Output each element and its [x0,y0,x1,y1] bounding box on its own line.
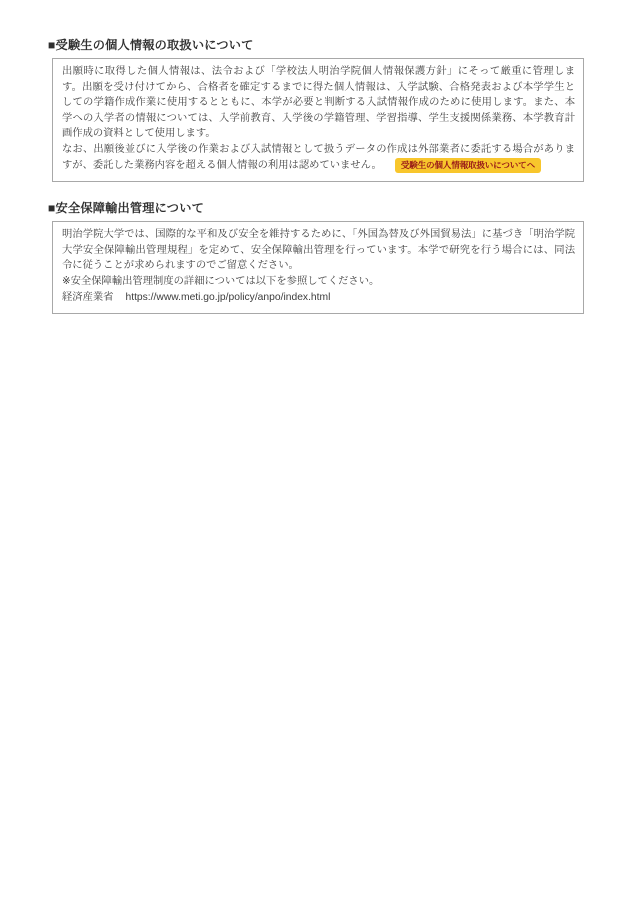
section-export-control: ■安全保障輸出管理について 明治学院大学では、国際的な平和及び安全を維持するため… [52,201,584,314]
document-page: ■受験生の個人情報の取扱いについて 出願時に取得した個人情報は、法令および「学校… [0,0,636,900]
personal-info-box: 出願時に取得した個人情報は、法令および「学校法人明治学院個人情報保護方針」にそっ… [52,58,584,182]
export-control-reference-line: 経済産業省https://www.meti.go.jp/policy/anpo/… [62,290,575,306]
export-control-paragraph-1: 明治学院大学では、国際的な平和及び安全を維持するために、「外国為替及び外国貿易法… [62,227,575,274]
page-content: ■受験生の個人情報の取扱いについて 出願時に取得した個人情報は、法令および「学校… [0,0,636,314]
export-control-note: ※安全保障輸出管理制度の詳細については以下を参照してください。 [62,274,575,290]
personal-info-paragraph-2: なお、出願後並びに入学後の作業および入試情報として扱うデータの作成は外部業者に委… [62,142,575,173]
export-control-box: 明治学院大学では、国際的な平和及び安全を維持するために、「外国為替及び外国貿易法… [52,221,584,314]
personal-info-heading: ■受験生の個人情報の取扱いについて [48,38,584,53]
personal-info-paragraph-1: 出願時に取得した個人情報は、法令および「学校法人明治学院個人情報保護方針」にそっ… [62,64,575,142]
reference-agency-label: 経済産業省 [62,290,113,306]
reference-url-text: https://www.meti.go.jp/policy/anpo/index… [125,290,330,306]
section-personal-info: ■受験生の個人情報の取扱いについて 出願時に取得した個人情報は、法令および「学校… [52,38,584,182]
export-control-heading: ■安全保障輸出管理について [48,201,584,216]
personal-info-handling-link-button[interactable]: 受験生の個人情報取扱いについてへ [395,158,541,173]
